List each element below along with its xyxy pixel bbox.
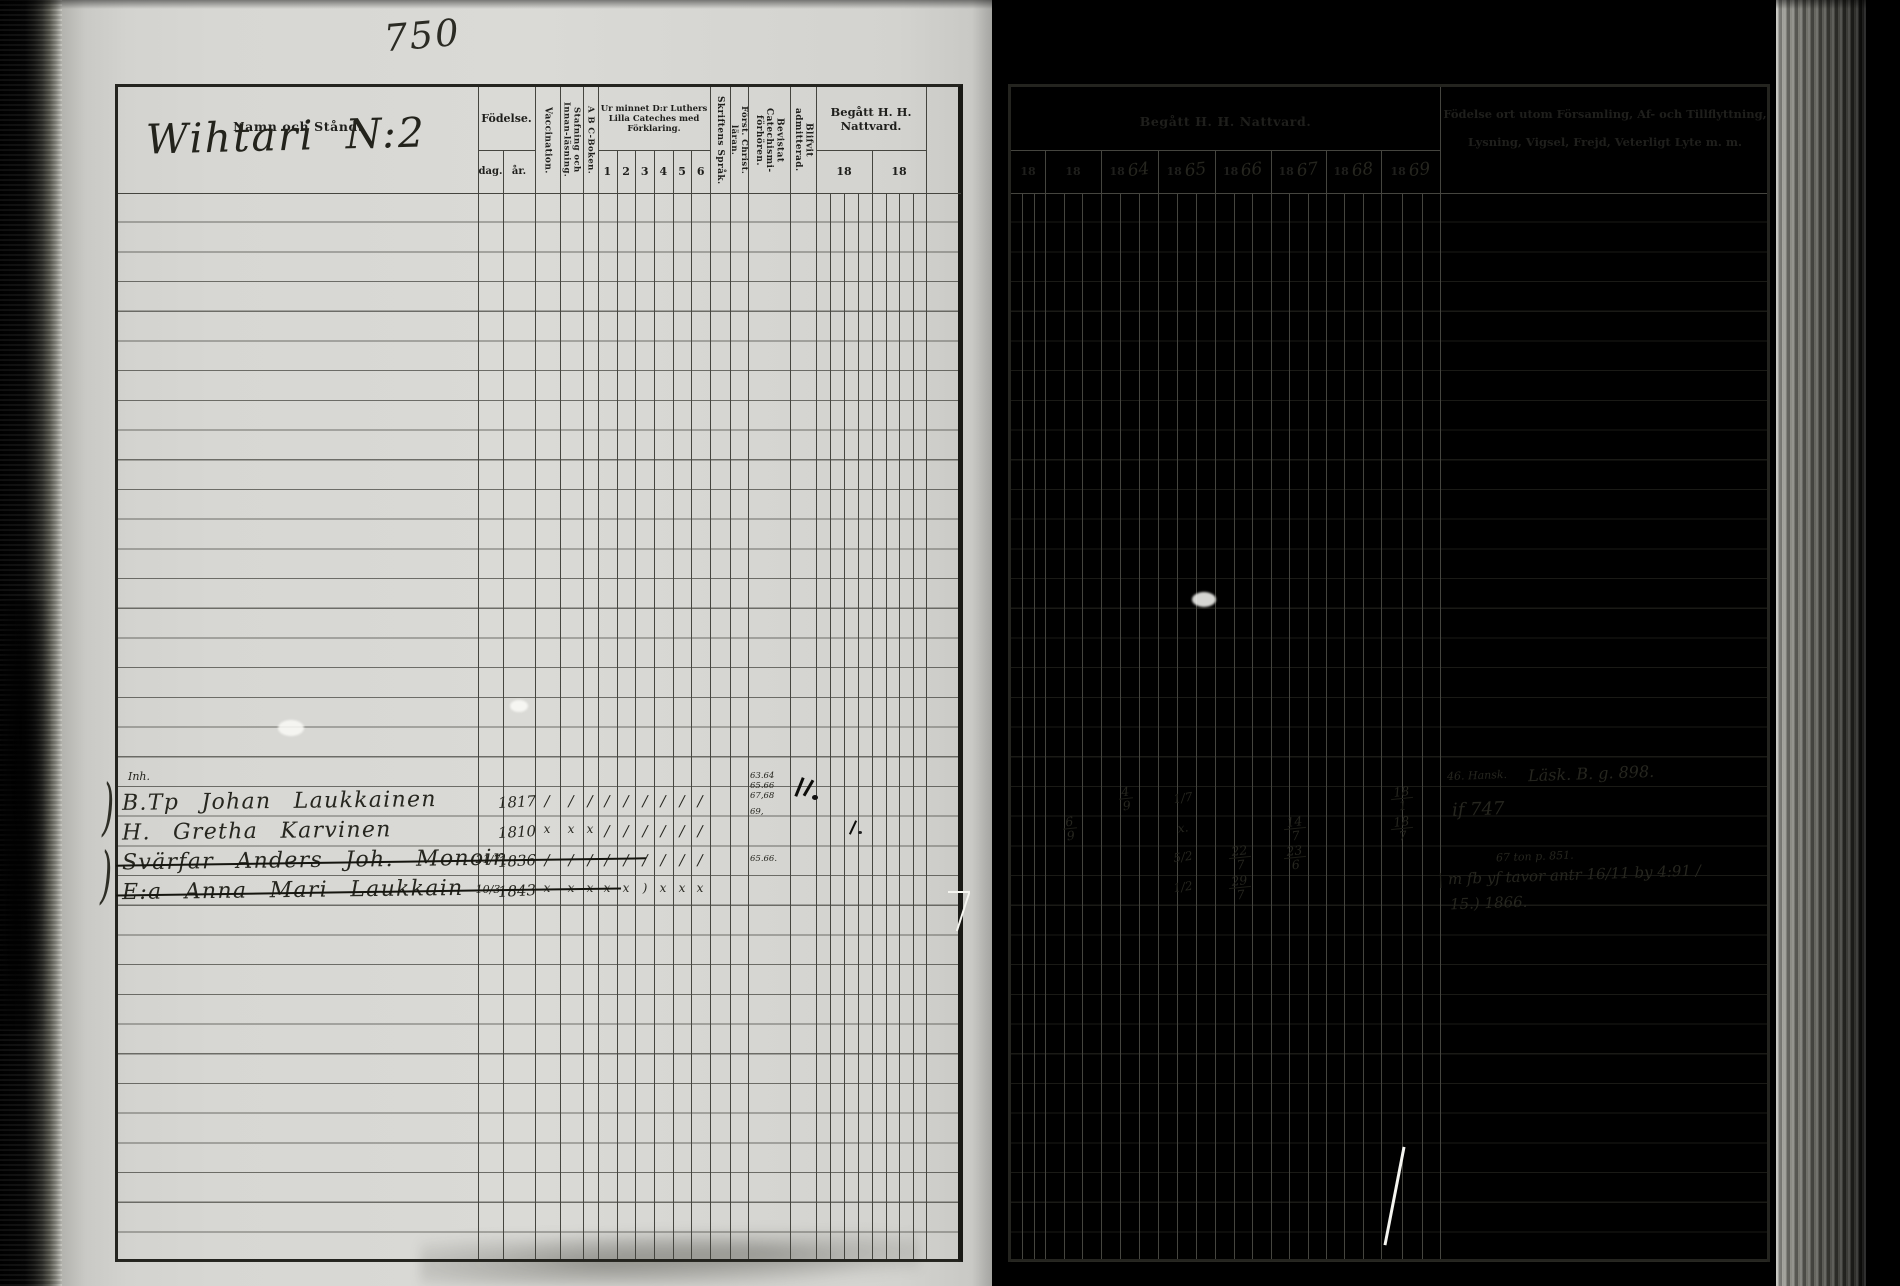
year-handwritten: 67: [1295, 158, 1319, 180]
bevistat-line: 63.64: [750, 771, 774, 781]
grid-tier-line: [118, 193, 961, 194]
header-notes-line2: Lysning, Vigsel, Frejd, Veterligt Lyte m…: [1440, 133, 1770, 151]
entry-mark: ∕: [674, 851, 690, 869]
right-row-lines: [1011, 193, 1767, 1262]
grid-column-line: [730, 87, 731, 1259]
year-printed: 18: [1020, 165, 1035, 178]
entry-mark: ∕: [637, 822, 653, 840]
village-title-script: Wihtari N:2: [145, 108, 426, 163]
year-printed: 18: [1223, 165, 1238, 178]
header-year-6: 1867: [1271, 150, 1326, 193]
entry-mark: ∕: [539, 792, 555, 810]
book-fore-edge: [1776, 0, 1868, 1286]
entry-mark: ∕: [655, 851, 671, 869]
entry-bevistat-years: 69,: [750, 807, 764, 817]
entry-bevistat-years: 63.6465.6667,68: [750, 771, 774, 801]
paper-speck: [1192, 592, 1216, 607]
grid-column-line: [1234, 193, 1235, 1259]
grid-column-line: [1082, 193, 1083, 1259]
top-edge-shadow: [0, 0, 1900, 9]
communion-date-fraction: 181: [1385, 783, 1420, 813]
margin-brace-couple-1: ): [102, 770, 114, 843]
header-year-8: 1869: [1381, 150, 1440, 193]
grid-column-line: [478, 87, 479, 1259]
grid-column-line: [654, 150, 655, 1259]
year-printed: 18: [1391, 165, 1406, 178]
communion-date-fraction: 227: [1223, 842, 1258, 872]
communion-date-fraction: 147: [1278, 813, 1313, 843]
grid-column-line: [1101, 150, 1102, 1259]
notes-annotation-n2: if 747: [1452, 798, 1505, 821]
entry-mark: x: [582, 822, 598, 836]
grid-column-line: [1045, 150, 1046, 1259]
grid-column-line: [790, 87, 791, 1259]
header-begatt-left: Begått H. H. Nattvard.: [816, 87, 926, 150]
header-year-4: 1865: [1158, 150, 1215, 193]
grid-column-line: [1326, 150, 1327, 1259]
grid-column-line: [617, 150, 618, 1259]
header-skriftens-sprak: Skriftens Språk.: [710, 87, 730, 193]
grid-column-line: [816, 87, 817, 1259]
grid-column-line: [858, 193, 859, 1259]
grid-column-line: [1422, 193, 1423, 1259]
entry-name: H. Gretha Karvinen: [122, 817, 392, 845]
entry-mark: x: [539, 822, 555, 836]
header-year-7: 1868: [1326, 150, 1381, 193]
header-year-1: 18: [1011, 150, 1045, 193]
communion-date-fraction: 236: [1278, 842, 1313, 872]
communion-date-fraction: 297: [1223, 872, 1258, 902]
grid-column-line: [1271, 150, 1272, 1259]
grid-column-line: [598, 87, 599, 1259]
right-page-table: Begått H. H. Nattvard. Födelse ort utom …: [1008, 84, 1770, 1262]
header-cateches-2: 2: [617, 150, 636, 193]
header-year-5: 1866: [1215, 150, 1271, 193]
year-handwritten: 69: [1407, 158, 1431, 180]
grid-column-line: [673, 150, 674, 1259]
grid-column-line: [1402, 193, 1403, 1259]
entry-mark: ∕: [618, 792, 634, 810]
grid-column-line: [1034, 193, 1035, 1259]
margin-brace-couple-2: ): [100, 838, 112, 911]
header-begatt-year-2: 18: [872, 150, 926, 193]
header-fodelse: Födelse.: [478, 87, 535, 150]
entry-mark: ∕: [599, 822, 615, 840]
left-page-table: Namn och Stånd. Födelse. dag. år. Vaccin…: [115, 84, 963, 1262]
paper-speck: [278, 720, 304, 736]
year-printed: 18: [1334, 165, 1349, 178]
grid-column-line: [635, 150, 636, 1259]
grid-column-line: [1381, 150, 1382, 1259]
entry-mark: ∕: [692, 792, 708, 810]
grid-column-line: [1215, 150, 1216, 1259]
entry-mark: ∕: [655, 822, 671, 840]
entry-mark: ∕: [618, 822, 634, 840]
entry-mark: x: [655, 881, 671, 895]
notes-annotation-n3a: 67 ton p. 851.: [1496, 849, 1574, 865]
grid-tier-line: [598, 150, 710, 151]
grid-column-line: [844, 193, 845, 1259]
header-begatt-year-1: 18: [816, 150, 872, 193]
grid-column-line: [926, 87, 927, 1259]
bevistat-line: 69,: [750, 807, 764, 817]
grid-column-line: [748, 87, 749, 1259]
grid-column-line: [886, 193, 887, 1259]
entry-mark: ∕: [637, 851, 653, 869]
communion-date-fraction: 69: [1053, 813, 1088, 843]
year-printed: 18: [1279, 165, 1294, 178]
header-notes-line1: Födelse ort utom Församling, Af- och Til…: [1440, 105, 1770, 123]
bevistat-line: 67,68: [750, 791, 774, 801]
entry-mark: ∕: [582, 792, 598, 810]
bevistat-line: 65.66.: [750, 854, 777, 864]
year-printed: 18: [1065, 165, 1080, 178]
header-blifvit: Blifvit admitterad.: [790, 87, 816, 193]
notes-annotation-n4: 15.) 1866.: [1450, 893, 1528, 914]
year-handwritten: 66: [1240, 158, 1264, 180]
entry-mark: ∕: [599, 792, 615, 810]
entry-mark: ∕: [599, 851, 615, 869]
entry-note-above: Inh.: [128, 770, 150, 783]
header-cateches-5: 5: [673, 150, 692, 193]
grid-column-line: [1363, 193, 1364, 1259]
header-abc-boken: A B C-Boken.: [583, 87, 598, 193]
year-printed: 18: [1110, 165, 1125, 178]
entry-mark: ∕: [674, 792, 690, 810]
bevistat-line: 65.66: [750, 781, 774, 791]
year-printed: 18: [1167, 165, 1182, 178]
folio-number: 750: [382, 11, 462, 61]
header-cateches-3: 3: [635, 150, 654, 193]
grid-column-line: [1196, 193, 1197, 1259]
begatt-left-scribble-dot: [858, 831, 862, 834]
header-cateches-6: 6: [691, 150, 710, 193]
grid-column-line: [1139, 193, 1140, 1259]
grid-tier-line: [478, 150, 535, 151]
entry-name: B.Tp Johan Laukkainen: [122, 787, 437, 816]
grid-column-line: [872, 150, 873, 1259]
left-row-lines: [118, 193, 958, 1262]
entry-mark: ∕: [637, 792, 653, 810]
entry-birth-year: 1817: [496, 792, 539, 812]
header-cateches: Ur minnet D:r Luthers Lilla Cateches med…: [598, 91, 710, 147]
grid-column-line: [710, 87, 711, 1259]
year-handwritten: 65: [1183, 158, 1207, 180]
entry-mark: x: [674, 881, 690, 895]
header-stafning: Stafning och Innan-läsning.: [560, 87, 583, 193]
blifvit-scribble-dot: [812, 795, 818, 800]
grid-column-line: [1158, 150, 1159, 1259]
header-year-3: 1864: [1101, 150, 1158, 193]
header-forst-christ: Först. Christ. läran.: [730, 87, 748, 193]
header-vaccination: Vaccination.: [535, 87, 560, 193]
entry-bevistat-years: 65.66.: [750, 854, 777, 864]
grid-column-line: [1252, 193, 1253, 1259]
grid-column-line: [583, 87, 584, 1259]
grid-column-line: [899, 193, 900, 1259]
communion-date-fraction: 49: [1109, 783, 1144, 813]
entry-mark: ∕: [692, 822, 708, 840]
grid-column-line: [1308, 193, 1309, 1259]
year-handwritten: 64: [1126, 158, 1150, 180]
header-cateches-1: 1: [598, 150, 617, 193]
paper-speck: [510, 700, 528, 712]
entry-mark: ): [637, 881, 653, 895]
grid-column-line: [1344, 193, 1345, 1259]
entry-mark: ∕: [692, 851, 708, 869]
entry-mark: x: [563, 822, 579, 836]
header-bevistat: Bevistat Catechismi-förhören.: [748, 87, 790, 193]
spine-dark-blotch: [0, 600, 52, 1030]
grid-tier-line: [1011, 193, 1767, 194]
entry-mark: x: [692, 881, 708, 895]
header-dag: dag.: [478, 150, 503, 193]
white-scratch: [948, 891, 970, 893]
grid-column-line: [1064, 193, 1065, 1259]
grid-column-line: [503, 150, 504, 1259]
entry-mark: ∕: [563, 792, 579, 810]
header-begatt-right: Begått H. H. Nattvard.: [1011, 109, 1440, 133]
grid-column-line: [560, 87, 561, 1259]
communion-date-fraction: 187: [1385, 813, 1420, 843]
entry-mark: ∕: [655, 792, 671, 810]
year-handwritten: 68: [1350, 158, 1374, 180]
grid-column-line: [535, 87, 536, 1259]
entry-mark: ∕: [618, 851, 634, 869]
grid-column-line: [913, 193, 914, 1259]
header-cateches-4: 4: [654, 150, 673, 193]
scanned-parish-register-spread: 750 Namn och Stånd. Födelse. dag. år. Va…: [0, 0, 1900, 1286]
header-year-2: 18: [1045, 150, 1101, 193]
entry-birth-year: 1810: [496, 822, 539, 842]
grid-column-line: [1177, 193, 1178, 1259]
grid-column-line: [691, 150, 692, 1259]
grid-column-line: [1440, 87, 1441, 1259]
header-ar: år.: [503, 150, 535, 193]
notes-annotation-n1a: 46. Hansk.: [1447, 768, 1507, 783]
background-void: [1866, 0, 1900, 1286]
grid-column-line: [1120, 193, 1121, 1259]
grid-column-line: [1289, 193, 1290, 1259]
grid-column-line: [1022, 193, 1023, 1259]
entry-mark: ∕: [674, 822, 690, 840]
grid-column-line: [830, 193, 831, 1259]
grid-tier-line: [816, 150, 926, 151]
